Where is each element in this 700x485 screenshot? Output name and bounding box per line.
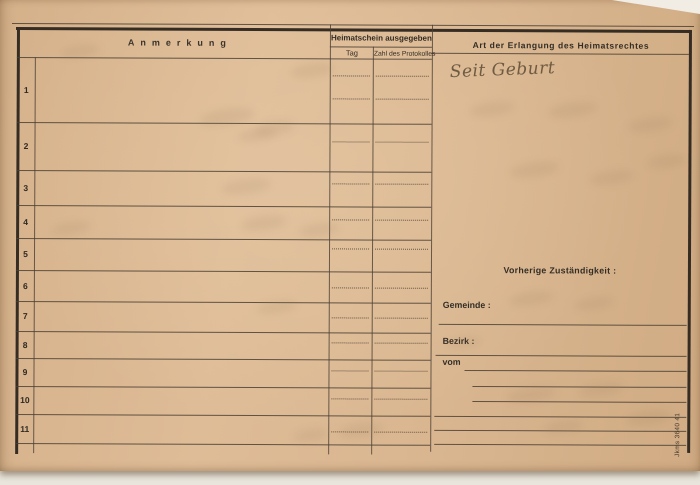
column-header-zahl-des-protokolles: Zahl des Protokolles (374, 51, 432, 59)
row-number: 7 (18, 311, 33, 321)
ink-smudge (508, 289, 554, 308)
dotted-entry-line (332, 317, 369, 318)
row-line (15, 414, 430, 417)
row-number: 8 (18, 340, 33, 350)
ruling-line (472, 386, 686, 388)
dotted-entry-line (374, 432, 427, 433)
ink-smudge (578, 380, 624, 400)
top-thin-rule (12, 23, 694, 27)
row-number-column: 1234567891011 (0, 0, 700, 3)
ink-showthrough-smudges (0, 0, 700, 3)
dotted-entry-line (332, 183, 369, 184)
dotted-entry-line (375, 220, 428, 221)
ink-smudge (199, 105, 256, 128)
dotted-entry-line (376, 99, 429, 100)
ink-smudge (289, 60, 335, 80)
dotted-entry-line (332, 370, 369, 371)
dotted-entry-line (376, 76, 429, 77)
ink-smudge (50, 220, 91, 237)
ink-smudge (237, 127, 276, 144)
handwritten-entry: Seit Geburt (449, 58, 555, 82)
row-number: 6 (18, 281, 33, 291)
ink-smudge (626, 408, 672, 428)
ink-smudge (647, 152, 686, 170)
row-number: 4 (18, 217, 33, 227)
column-header-heimatschein: Heimatschein ausgegeben (331, 34, 432, 43)
dotted-entry-line (331, 398, 368, 399)
ruling-line (439, 324, 687, 326)
ink-smudge (298, 221, 339, 239)
top-border (16, 27, 692, 33)
column-header-art-der-erlangung: Art der Erlangung des Heimatsrechtes (433, 41, 689, 51)
row-number: 3 (18, 183, 33, 193)
tag-zahl-divider-line (371, 47, 374, 455)
dotted-entry-line (332, 248, 369, 249)
ink-smudge (627, 115, 673, 135)
art-header-underline (432, 53, 689, 55)
form-table: Anmerkung Heimatschein ausgegeben Tag Za… (0, 0, 700, 474)
dotted-entry-line (332, 342, 369, 343)
dotted-entry-line (375, 142, 428, 143)
row-line (16, 331, 431, 334)
ink-smudge (547, 99, 599, 121)
row-line (16, 238, 431, 241)
dotted-entry-line (332, 287, 369, 288)
paper-sheet: Anmerkung Heimatschein ausgegeben Tag Za… (0, 0, 700, 471)
dotted-entry-line (374, 371, 427, 372)
row-number: 11 (17, 424, 32, 434)
row-number: 1 (19, 85, 34, 95)
scanned-form-page: Anmerkung Heimatschein ausgegeben Tag Za… (0, 0, 700, 485)
ink-smudge (221, 176, 273, 198)
dotted-entry-line (375, 288, 428, 289)
row-number: 5 (18, 249, 33, 259)
label-vom: vom (443, 358, 461, 368)
row-line (15, 386, 430, 389)
row-number: 10 (17, 395, 32, 405)
table-grid (0, 0, 700, 3)
ink-smudge (240, 213, 286, 233)
dotted-entry-line (332, 219, 369, 220)
number-column-line (33, 57, 36, 453)
row-line (16, 270, 431, 273)
dotted-entry-line (375, 249, 428, 250)
row-line (16, 170, 431, 173)
dotted-entry-line (375, 318, 428, 319)
label-gemeinde: Gemeinde : (443, 301, 491, 311)
dotted-entry-line (333, 98, 370, 99)
dotted-entry-line (375, 343, 428, 344)
ink-smudge (589, 168, 635, 188)
row-line (16, 205, 431, 208)
ink-smudge (573, 295, 614, 312)
dotted-entry-line (374, 399, 427, 400)
right-border (687, 30, 691, 453)
row-line (16, 301, 431, 304)
dotted-entry-line (375, 184, 428, 185)
ink-smudge (338, 421, 384, 441)
label-vorherige-zustaendigkeit: Vorherige Zuständigkeit : (432, 266, 688, 277)
ruling-line (465, 370, 687, 372)
ruling-line (434, 444, 686, 446)
row-number: 2 (18, 141, 33, 151)
ink-smudge (543, 418, 584, 436)
row-line (16, 358, 431, 361)
dotted-entry-line (333, 75, 370, 76)
ruling-line (436, 355, 687, 357)
row-line (15, 443, 430, 446)
ink-smudge (509, 159, 561, 181)
ink-smudge (469, 99, 515, 119)
dotted-entry-line (332, 141, 369, 142)
ruling-line (472, 401, 686, 403)
row-number: 9 (17, 367, 32, 377)
column-header-tag: Tag (331, 49, 373, 57)
art-column-line (430, 25, 433, 452)
ink-smudge (293, 427, 329, 444)
